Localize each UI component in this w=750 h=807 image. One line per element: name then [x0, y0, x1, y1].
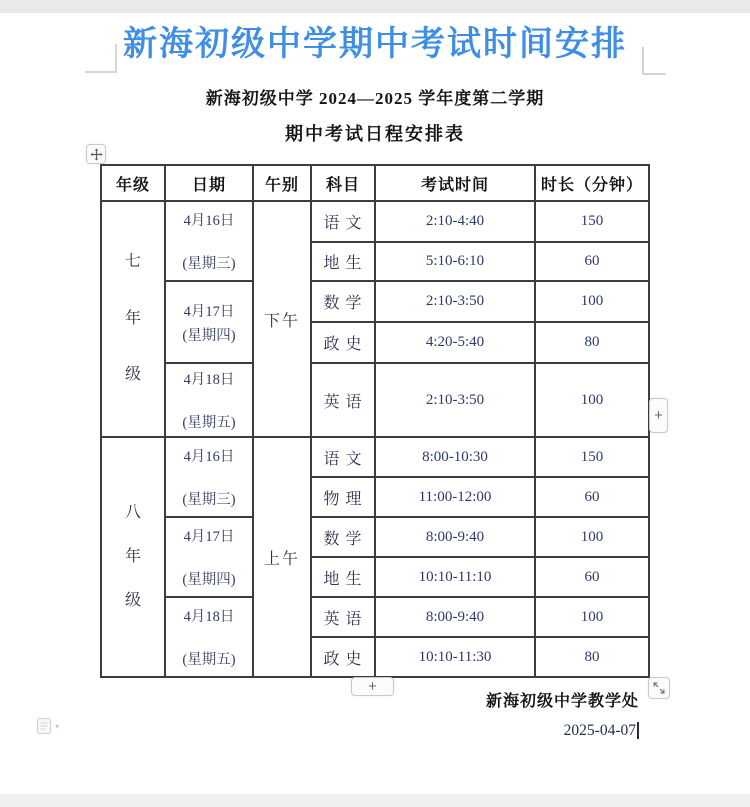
document-subheading[interactable]: 期中考试日程安排表	[0, 120, 750, 146]
subject-cell[interactable]: 语 文	[311, 437, 375, 477]
table-row: 4月17日(星期四) 数 学 2:10-3:50 100	[101, 281, 649, 322]
document-heading[interactable]: 新海初级中学 2024—2025 学年度第二学期	[0, 84, 750, 109]
subject-cell[interactable]: 物 理	[311, 477, 375, 517]
duration-cell[interactable]: 150	[535, 201, 649, 242]
chevron-down-icon: ▾	[55, 722, 59, 731]
bottom-gray-band	[0, 794, 750, 807]
resize-diagonal-icon	[652, 681, 666, 695]
exam-time-cell[interactable]: 8:00-10:30	[375, 437, 535, 477]
subject-cell[interactable]: 地 生	[311, 557, 375, 597]
table-row: 4月18日(星期五) 英 语 2:10-3:50 100	[101, 363, 649, 437]
paste-options-button[interactable]: ▾	[36, 714, 70, 738]
grade-cell[interactable]: 八年级	[101, 437, 165, 677]
document-footer: 新海初级中学教学处 2025-04-07	[486, 688, 639, 740]
date-cell[interactable]: 4月16日(星期三)	[165, 437, 253, 517]
column-header-subject[interactable]: 科目	[311, 165, 375, 201]
subject-cell[interactable]: 政 史	[311, 637, 375, 677]
exam-schedule-table: 年级 日期 午别 科目 考试时间 时长（分钟） 七年级 4月16日(星期三) 下…	[100, 164, 650, 678]
session-cell[interactable]: 上午	[253, 437, 311, 677]
exam-time-cell[interactable]: 8:00-9:40	[375, 597, 535, 637]
insert-column-button[interactable]: +	[649, 398, 668, 433]
exam-time-cell[interactable]: 10:10-11:10	[375, 557, 535, 597]
duration-cell[interactable]: 100	[535, 281, 649, 322]
subject-cell[interactable]: 英 语	[311, 363, 375, 437]
subject-cell[interactable]: 地 生	[311, 242, 375, 281]
duration-cell[interactable]: 80	[535, 637, 649, 677]
table-header-row: 年级 日期 午别 科目 考试时间 时长（分钟）	[101, 165, 649, 201]
subject-cell[interactable]: 数 学	[311, 281, 375, 322]
text-boundary-corner-left	[85, 44, 117, 73]
subject-cell[interactable]: 数 学	[311, 517, 375, 557]
exam-time-cell[interactable]: 8:00-9:40	[375, 517, 535, 557]
top-gray-band	[0, 0, 750, 13]
text-cursor	[637, 722, 639, 739]
column-header-date[interactable]: 日期	[165, 165, 253, 201]
column-header-session[interactable]: 午别	[253, 165, 311, 201]
grade-cell[interactable]: 七年级	[101, 201, 165, 437]
document-page: 新海初级中学期中考试时间安排 新海初级中学 2024—2025 学年度第二学期 …	[0, 0, 750, 807]
table-move-handle[interactable]	[86, 144, 106, 164]
move-icon	[90, 148, 103, 161]
table-row: 4月17日(星期四) 数 学 8:00-9:40 100	[101, 517, 649, 557]
subject-cell[interactable]: 英 语	[311, 597, 375, 637]
exam-time-cell[interactable]: 2:10-3:50	[375, 363, 535, 437]
exam-time-cell[interactable]: 5:10-6:10	[375, 242, 535, 281]
table-row: 4月18日(星期五) 英 语 8:00-9:40 100	[101, 597, 649, 637]
grade-label: 八年级	[124, 491, 142, 623]
exam-time-cell[interactable]: 11:00-12:00	[375, 477, 535, 517]
column-header-exam-time[interactable]: 考试时间	[375, 165, 535, 201]
date-cell[interactable]: 4月16日(星期三)	[165, 201, 253, 281]
duration-cell[interactable]: 80	[535, 322, 649, 363]
exam-time-cell[interactable]: 10:10-11:30	[375, 637, 535, 677]
table-resize-handle[interactable]	[648, 677, 670, 699]
subject-cell[interactable]: 语 文	[311, 201, 375, 242]
table-row: 八年级 4月16日(星期三) 上午 语 文 8:00-10:30 150	[101, 437, 649, 477]
duration-cell[interactable]: 60	[535, 242, 649, 281]
exam-time-cell[interactable]: 4:20-5:40	[375, 322, 535, 363]
date-line[interactable]: 2025-04-07	[486, 722, 639, 740]
date-cell[interactable]: 4月18日(星期五)	[165, 597, 253, 677]
subject-cell[interactable]: 政 史	[311, 322, 375, 363]
duration-cell[interactable]: 100	[535, 517, 649, 557]
duration-cell[interactable]: 100	[535, 597, 649, 637]
duration-cell[interactable]: 150	[535, 437, 649, 477]
duration-cell[interactable]: 60	[535, 477, 649, 517]
duration-cell[interactable]: 100	[535, 363, 649, 437]
date-cell[interactable]: 4月18日(星期五)	[165, 363, 253, 437]
column-header-grade[interactable]: 年级	[101, 165, 165, 201]
date-cell[interactable]: 4月17日(星期四)	[165, 517, 253, 597]
exam-time-cell[interactable]: 2:10-3:50	[375, 281, 535, 322]
date-cell[interactable]: 4月17日(星期四)	[165, 281, 253, 363]
text-boundary-corner-right	[642, 47, 666, 75]
duration-cell[interactable]: 60	[535, 557, 649, 597]
signature-line[interactable]: 新海初级中学教学处	[486, 688, 639, 711]
grade-label: 七年级	[124, 234, 142, 404]
column-header-duration[interactable]: 时长（分钟）	[535, 165, 649, 201]
clipboard-icon	[36, 717, 52, 735]
insert-row-button[interactable]: +	[351, 677, 394, 696]
table-row: 七年级 4月16日(星期三) 下午 语 文 2:10-4:40 150	[101, 201, 649, 242]
session-cell[interactable]: 下午	[253, 201, 311, 437]
exam-time-cell[interactable]: 2:10-4:40	[375, 201, 535, 242]
